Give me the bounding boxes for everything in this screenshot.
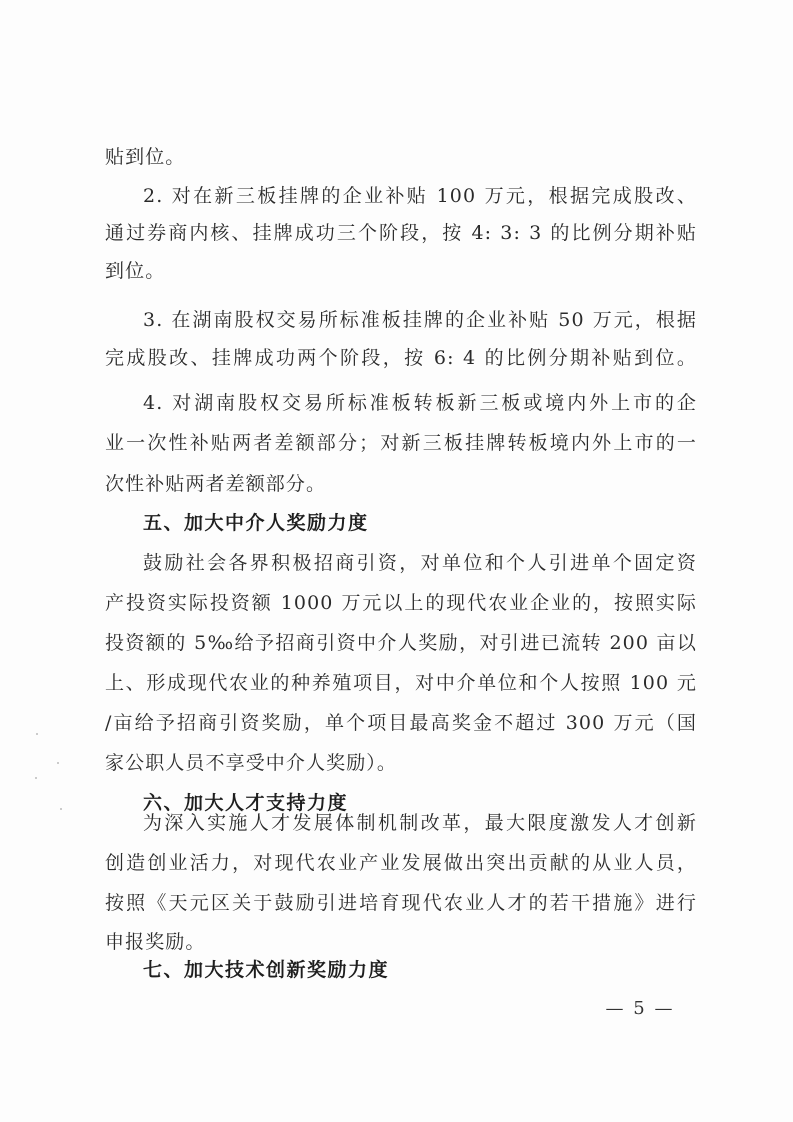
- paragraph-line: 4. 对湖南股权交易所标准板转板新三板或境内外上市的企: [143, 391, 697, 415]
- paragraph-line: 2. 对在新三板挂牌的企业补贴 100 万元，根据完成股改、: [143, 184, 697, 208]
- paragraph-line: 贴到位。: [105, 145, 697, 169]
- page-number: — 5 —: [600, 998, 680, 1019]
- paragraph-line: 通过券商内核、挂牌成功三个阶段，按 4: 3: 3 的比例分期补贴: [105, 221, 697, 245]
- scan-speck: [36, 733, 38, 735]
- paragraph-line: 为深入实施人才发展体制机制改革，最大限度激发人才创新: [143, 811, 697, 835]
- paragraph-line: 申报奖励。: [105, 930, 697, 954]
- paragraph-line: 创造创业活力，对现代农业产业发展做出突出贡献的从业人员，: [105, 851, 697, 875]
- paragraph-line: /亩给予招商引资奖励，单个项目最高奖金不超过 300 万元（国: [105, 711, 697, 735]
- scan-speck: [57, 762, 59, 764]
- scan-speck: [60, 808, 62, 810]
- paragraph-line: 鼓励社会各界积极招商引资，对单位和个人引进单个固定资: [143, 551, 697, 575]
- section-heading: 七、加大技术创新奖励力度: [143, 958, 697, 982]
- paragraph-line: 3. 在湖南股权交易所标准板挂牌的企业补贴 50 万元，根据: [143, 308, 697, 332]
- section-heading: 五、加大中介人奖励力度: [143, 511, 697, 535]
- paragraph-line: 到位。: [105, 259, 697, 283]
- document-page: 贴到位。2. 对在新三板挂牌的企业补贴 100 万元，根据完成股改、通过券商内核…: [0, 0, 793, 1122]
- paragraph-line: 业一次性补贴两者差额部分；对新三板挂牌转板境内外上市的一: [105, 431, 697, 455]
- paragraph-line: 次性补贴两者差额部分。: [105, 472, 697, 496]
- paragraph-line: 上、形成现代农业的种养殖项目，对中介单位和个人按照 100 元: [105, 671, 697, 695]
- scan-speck: [35, 777, 37, 779]
- paragraph-line: 产投资实际投资额 1000 万元以上的现代农业企业的，按照实际: [105, 591, 697, 615]
- paragraph-line: 家公职人员不享受中介人奖励）。: [105, 751, 697, 775]
- paragraph-line: 完成股改、挂牌成功两个阶段，按 6: 4 的比例分期补贴到位。: [105, 346, 697, 370]
- paragraph-line: 按照《天元区关于鼓励引进培育现代农业人才的若干措施》进行: [105, 891, 697, 915]
- paragraph-line: 投资额的 5‰给予招商引资中介人奖励，对引进已流转 200 亩以: [105, 631, 697, 655]
